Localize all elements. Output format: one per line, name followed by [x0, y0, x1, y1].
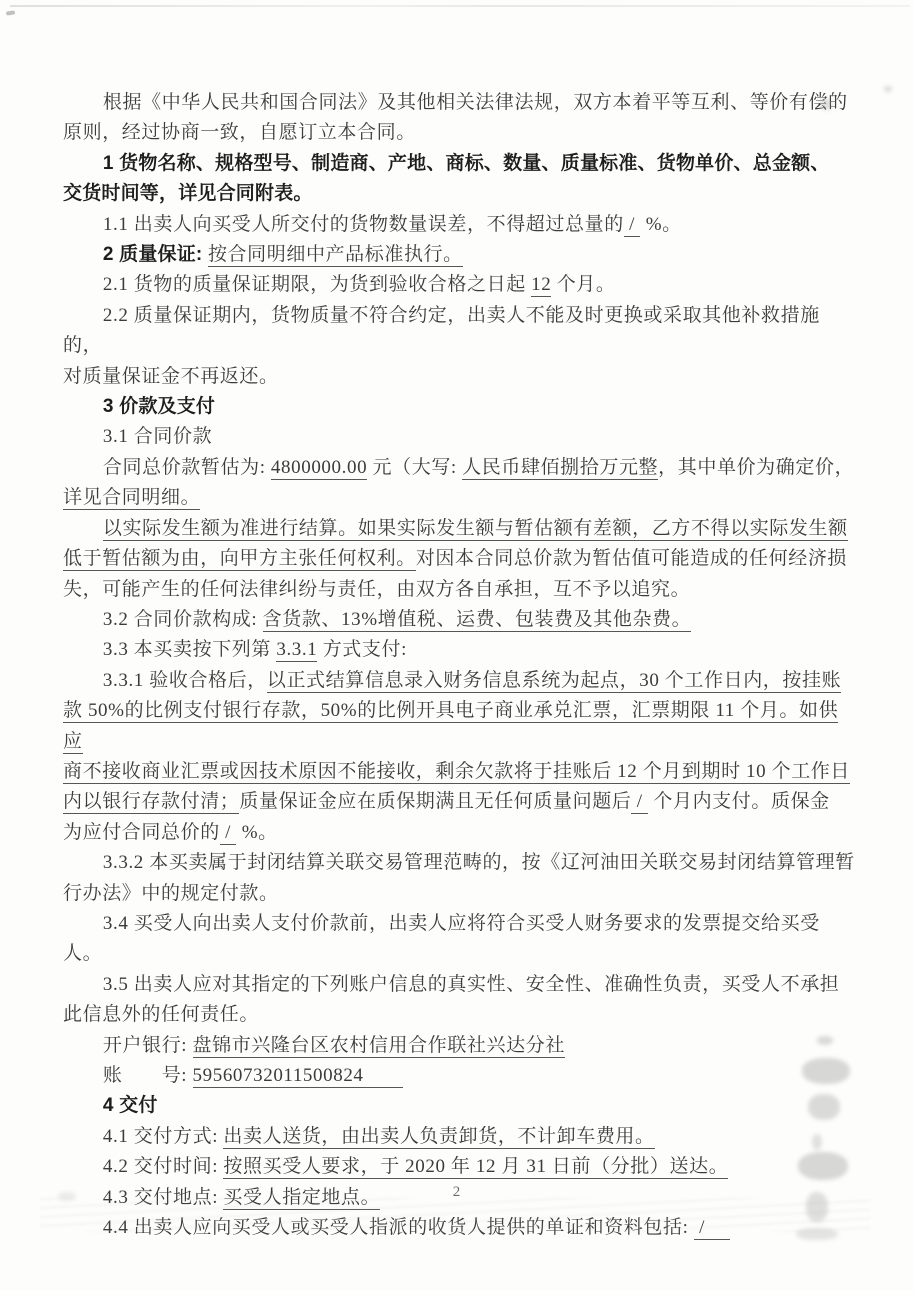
text-run: 4.2 交付时间: [103, 1156, 224, 1177]
text-run: 元（大写: [367, 457, 462, 478]
text-run: 3.1 合同价款 [103, 426, 212, 447]
text-run: 3.3.1 验收合格后， [103, 670, 267, 691]
contract-line: 3.4 买受人向出卖人支付价款前，出卖人应将符合买受人财务要求的发票提交给买受人… [63, 909, 855, 970]
text-run: 合同总价款暂估为: [103, 457, 271, 478]
contract-line: 4 交付 [63, 1091, 855, 1121]
contract-line: 交货时间等，详见合同附表。 [63, 179, 855, 209]
scan-smudge [812, 1134, 822, 1150]
filled-in-value: 3.3.1 [276, 639, 317, 662]
filled-in-value: 按照买受人要求，于 2020 年 12 月 31 日前（分批）送达。 [223, 1156, 728, 1179]
scan-noise-band [40, 1198, 870, 1232]
scan-smudge [884, 86, 892, 92]
contract-line: 3 价款及支付 [63, 392, 855, 422]
text-run: 失，可能产生的任何法律纠纷与责任，由双方各自承担，互不予以追究。 [63, 579, 690, 600]
filled-in-value: / [631, 791, 648, 814]
text-run: 根据《中华人民共和国合同法》及其他相关法律法规，双方本着平等互利、等价有偿的 [103, 92, 848, 113]
scan-smudge [808, 1094, 840, 1120]
text-run: 3.5 出卖人应对其指定的下列账户信息的真实性、安全性、准确性负责，买受人不承担 [103, 974, 840, 995]
filled-in-value: 人民币肆佰捌拾万元整 [462, 457, 658, 480]
contract-line: 4.2 交付时间: 按照买受人要求，于 2020 年 12 月 31 日前（分批… [63, 1152, 855, 1182]
document-page: 根据《中华人民共和国合同法》及其他相关法律法规，双方本着平等互利、等价有偿的原则… [0, 0, 914, 1291]
filled-in-value: 4800000.00 [271, 457, 367, 480]
filled-in-value: / [220, 822, 237, 845]
contract-line: 3.1 合同价款 [63, 422, 855, 452]
scan-smudge [817, 1036, 833, 1045]
contract-line: 合同总价款暂估为: 4800000.00 元（大写: 人民币肆佰捌拾万元整，其中… [63, 453, 855, 483]
contract-line: 低于暂估额为由，向甲方主张任何权利。对因本合同总价款为暂估值可能造成的任何经济损 [63, 544, 855, 574]
filled-in-value: 12 [531, 274, 551, 297]
filled-in-value: 含货款、13%增值税、运费、包装费及其他杂费。 [263, 609, 692, 632]
scan-smudge [798, 1152, 848, 1180]
contract-line: 商不接收商业汇票或因技术原因不能接收，剩余欠款将于挂账后 12 个月到期时 10… [63, 757, 855, 787]
scan-smudge [820, 98, 832, 110]
contract-line: 失，可能产生的任何法律纠纷与责任，由双方各自承担，互不予以追究。 [63, 575, 855, 605]
text-run: 4.1 交付方式: [103, 1126, 224, 1147]
scan-artifact-corner-mark [6, 10, 15, 15]
contract-line: 3.3.2 本买卖属于封闭结算关联交易管理范畴的，按《辽河油田关联交易封闭结算管… [63, 848, 855, 878]
text-run: 1.1 出卖人向买受人所交付的货物数量误差，不得超过总量的 [103, 214, 624, 235]
contract-line: 此信息外的任何责任。 [63, 1000, 855, 1030]
filled-in-value: 详见合同明细。 [63, 487, 200, 510]
contract-line: 原则，经过协商一致，自愿订立本合同。 [63, 118, 855, 148]
filled-in-value: 内以银行存款付清； [63, 791, 239, 814]
text-run: %。 [640, 214, 681, 235]
section-heading-text: 交货时间等，详见合同附表。 [63, 183, 313, 204]
contract-line: 对质量保证金不再返还。 [63, 362, 855, 392]
text-run: %。 [236, 822, 277, 843]
filled-in-value: 按合同明细中产品标准执行。 [208, 244, 463, 267]
contract-line: 2.1 货物的质量保证期限，为货到验收合格之日起 12 个月。 [63, 270, 855, 300]
text-run: 3.3 本买卖按下列第 [103, 639, 276, 660]
text-run: 2.2 质量保证期内，货物质量不符合约定，出卖人不能及时更换或采取其他补救措施的… [63, 305, 820, 356]
text-run: 3.3.2 本买卖属于封闭结算关联交易管理范畴的，按《辽河油田关联交易封闭结算管… [103, 852, 855, 873]
contract-line: 根据《中华人民共和国合同法》及其他相关法律法规，双方本着平等互利、等价有偿的 [63, 88, 855, 118]
filled-in-value: 59560732011500824 [193, 1065, 403, 1088]
contract-line: 以实际发生额为准进行结算。如果实际发生额与暂估额有差额，乙方不得以实际发生额 [63, 514, 855, 544]
text-run: 个月。 [551, 274, 615, 295]
text-run: 账 号: [103, 1065, 193, 1086]
filled-in-value: / [624, 214, 641, 237]
contract-line: 行办法》中的规定付款。 [63, 879, 855, 909]
contract-line: 开户银行: 盘锦市兴隆台区农村信用合作联社兴达分社 [63, 1031, 855, 1061]
contract-line: 3.3.1 验收合格后，以正式结算信息录入财务信息系统为起点，30 个工作日内，… [63, 666, 855, 696]
text-run: 3.2 合同价款构成: [103, 609, 263, 630]
filled-in-value: 以实际发生额为准进行结算。如果实际发生额与暂估额有差额，乙方不得以实际发生额 [103, 518, 848, 541]
contract-line: 3.3 本买卖按下列第 3.3.1 方式支付: [63, 635, 855, 665]
section-heading-text: 3 价款及支付 [103, 396, 215, 417]
filled-in-value: 商不接收商业汇票或因技术原因不能接收，剩余欠款将于挂账后 12 个月到期时 10… [63, 761, 850, 784]
text-run: 为应付合同总价的 [63, 822, 220, 843]
contract-line: 4.1 交付方式: 出卖人送货，由出卖人负责卸货，不计卸车费用。 [63, 1122, 855, 1152]
contract-line: 2.2 质量保证期内，货物质量不符合约定，出卖人不能及时更换或采取其他补救措施的… [63, 301, 855, 362]
filled-in-value: 款 50%的比例支付银行存款，50%的比例开具电子商业承兑汇票，汇票期限 11 … [63, 700, 838, 753]
filled-in-value: 以正式结算信息录入财务信息系统为起点，30 个工作日内，按挂账 [267, 670, 841, 693]
text-run: 对质量保证金不再返还。 [63, 366, 279, 387]
text-run: 原则，经过协商一致，自愿订立本合同。 [63, 122, 416, 143]
text-run: 3.4 买受人向出卖人支付价款前，出卖人应将符合买受人财务要求的发票提交给买受人… [63, 913, 820, 964]
section-heading-text: 1 货物名称、规格型号、制造商、产地、商标、数量、质量标准、货物单价、总金额、 [103, 153, 830, 174]
text-run: 行办法》中的规定付款。 [63, 883, 279, 904]
contract-line: 内以银行存款付清；质量保证金应在质保期满且无任何质量问题后 / 个月内支付。质保… [63, 787, 855, 817]
scan-smudge [802, 1058, 850, 1084]
filled-in-value: 低于暂估额为由，向甲方主张任何权利。 [63, 548, 416, 571]
contract-line: 2 质量保证: 按合同明细中产品标准执行。 [63, 240, 855, 270]
contract-text-body: 根据《中华人民共和国合同法》及其他相关法律法规，双方本着平等互利、等价有偿的原则… [63, 88, 855, 1243]
text-run: 个月内支付。质保金 [648, 791, 830, 812]
contract-line: 1.1 出卖人向买受人所交付的货物数量误差，不得超过总量的 / %。 [63, 210, 855, 240]
text-run: 此信息外的任何责任。 [63, 1004, 259, 1025]
section-heading-text: 4 交付 [103, 1095, 158, 1116]
filled-in-value: 出卖人送货，由出卖人负责卸货，不计卸车费用。 [223, 1126, 654, 1149]
contract-line: 账 号: 59560732011500824 [63, 1061, 855, 1091]
section-heading-text: 2 质量保证: [103, 244, 208, 265]
contract-line: 为应付合同总价的 / %。 [63, 818, 855, 848]
contract-line: 1 货物名称、规格型号、制造商、产地、商标、数量、质量标准、货物单价、总金额、 [63, 149, 855, 179]
text-run: 方式支付: [317, 639, 407, 660]
contract-line: 3.2 合同价款构成: 含货款、13%增值税、运费、包装费及其他杂费。 [63, 605, 855, 635]
text-run: 对因本合同总价款为暂估值可能造成的任何经济损 [416, 548, 847, 569]
text-run: 2.1 货物的质量保证期限，为货到验收合格之日起 [103, 274, 531, 295]
text-run: 开户银行: [103, 1035, 193, 1056]
page-number: 2 [0, 1184, 914, 1201]
filled-in-value: 盘锦市兴隆台区农村信用合作联社兴达分社 [193, 1035, 565, 1058]
text-run: 质量保证金应在质保期满且无任何质量问题后 [239, 791, 631, 812]
contract-line: 款 50%的比例支付银行存款，50%的比例开具电子商业承兑汇票，汇票期限 11 … [63, 696, 855, 757]
scan-artifact-top-line [10, 5, 910, 7]
contract-line: 详见合同明细。 [63, 483, 855, 513]
contract-line: 3.5 出卖人应对其指定的下列账户信息的真实性、安全性、准确性负责，买受人不承担 [63, 970, 855, 1000]
text-run: ，其中单价为确定价， [658, 457, 854, 478]
